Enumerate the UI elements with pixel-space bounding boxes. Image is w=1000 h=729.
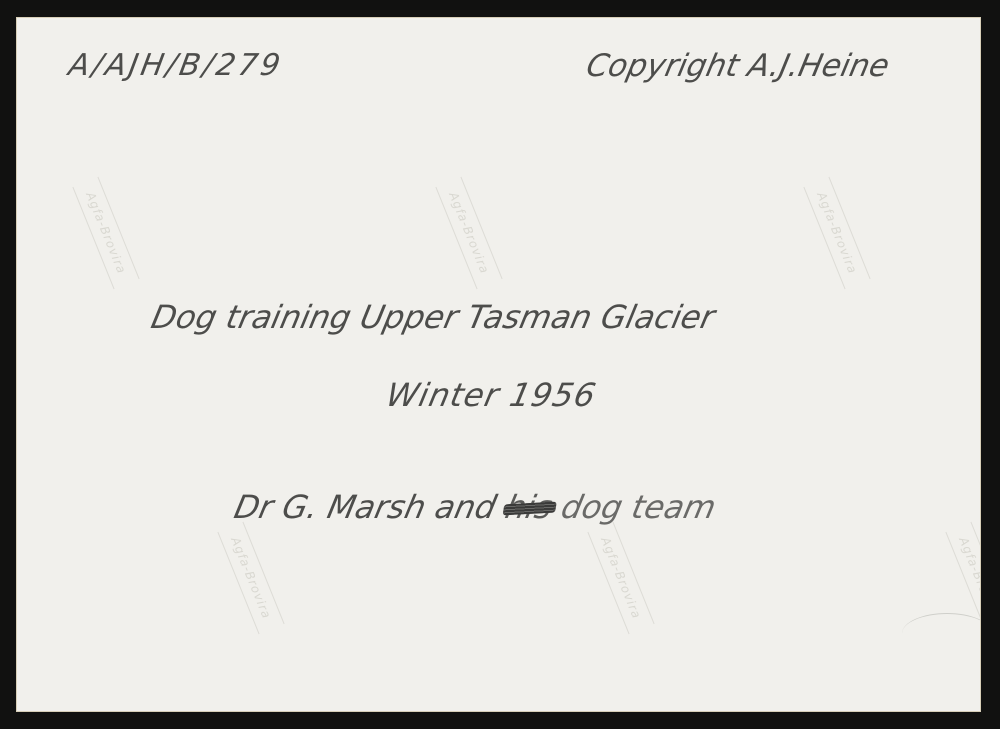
watermark-text: Agfa-Brovira (83, 190, 129, 276)
watermark-text: Agfa-Brovira (228, 535, 274, 621)
photo-title: Dog training Upper Tasman Glacier (148, 298, 718, 336)
photo-card-back: Agfa-Brovira Agfa-Brovira Agfa-Brovira A… (17, 18, 980, 711)
photo-date: Winter 1956 (383, 376, 600, 414)
watermark-text: Agfa-Brovira (446, 190, 492, 276)
paper-watermark: Agfa-Brovira (587, 522, 654, 634)
watermark-text: Agfa-Brovira (956, 535, 980, 621)
paper-watermark: Agfa-Brovira (72, 177, 139, 289)
caption-prefix: Dr G. Marsh and (231, 488, 500, 526)
reference-number: A/AJH/B/279 (66, 48, 286, 83)
copyright-note: Copyright A.J.Heine (583, 48, 892, 84)
paper-watermark: Agfa-Brovira (435, 177, 502, 289)
paper-watermark: Agfa-Brovira (803, 177, 870, 289)
struck-out-word: his (502, 488, 556, 526)
stray-pencil-mark (902, 613, 980, 654)
caption-suffix: dog team (558, 488, 719, 526)
paper-watermark: Agfa-Brovira (217, 522, 284, 634)
watermark-text: Agfa-Brovira (598, 535, 644, 621)
watermark-text: Agfa-Brovira (814, 190, 860, 276)
photo-caption: Dr G. Marsh and his dog team (231, 488, 719, 526)
